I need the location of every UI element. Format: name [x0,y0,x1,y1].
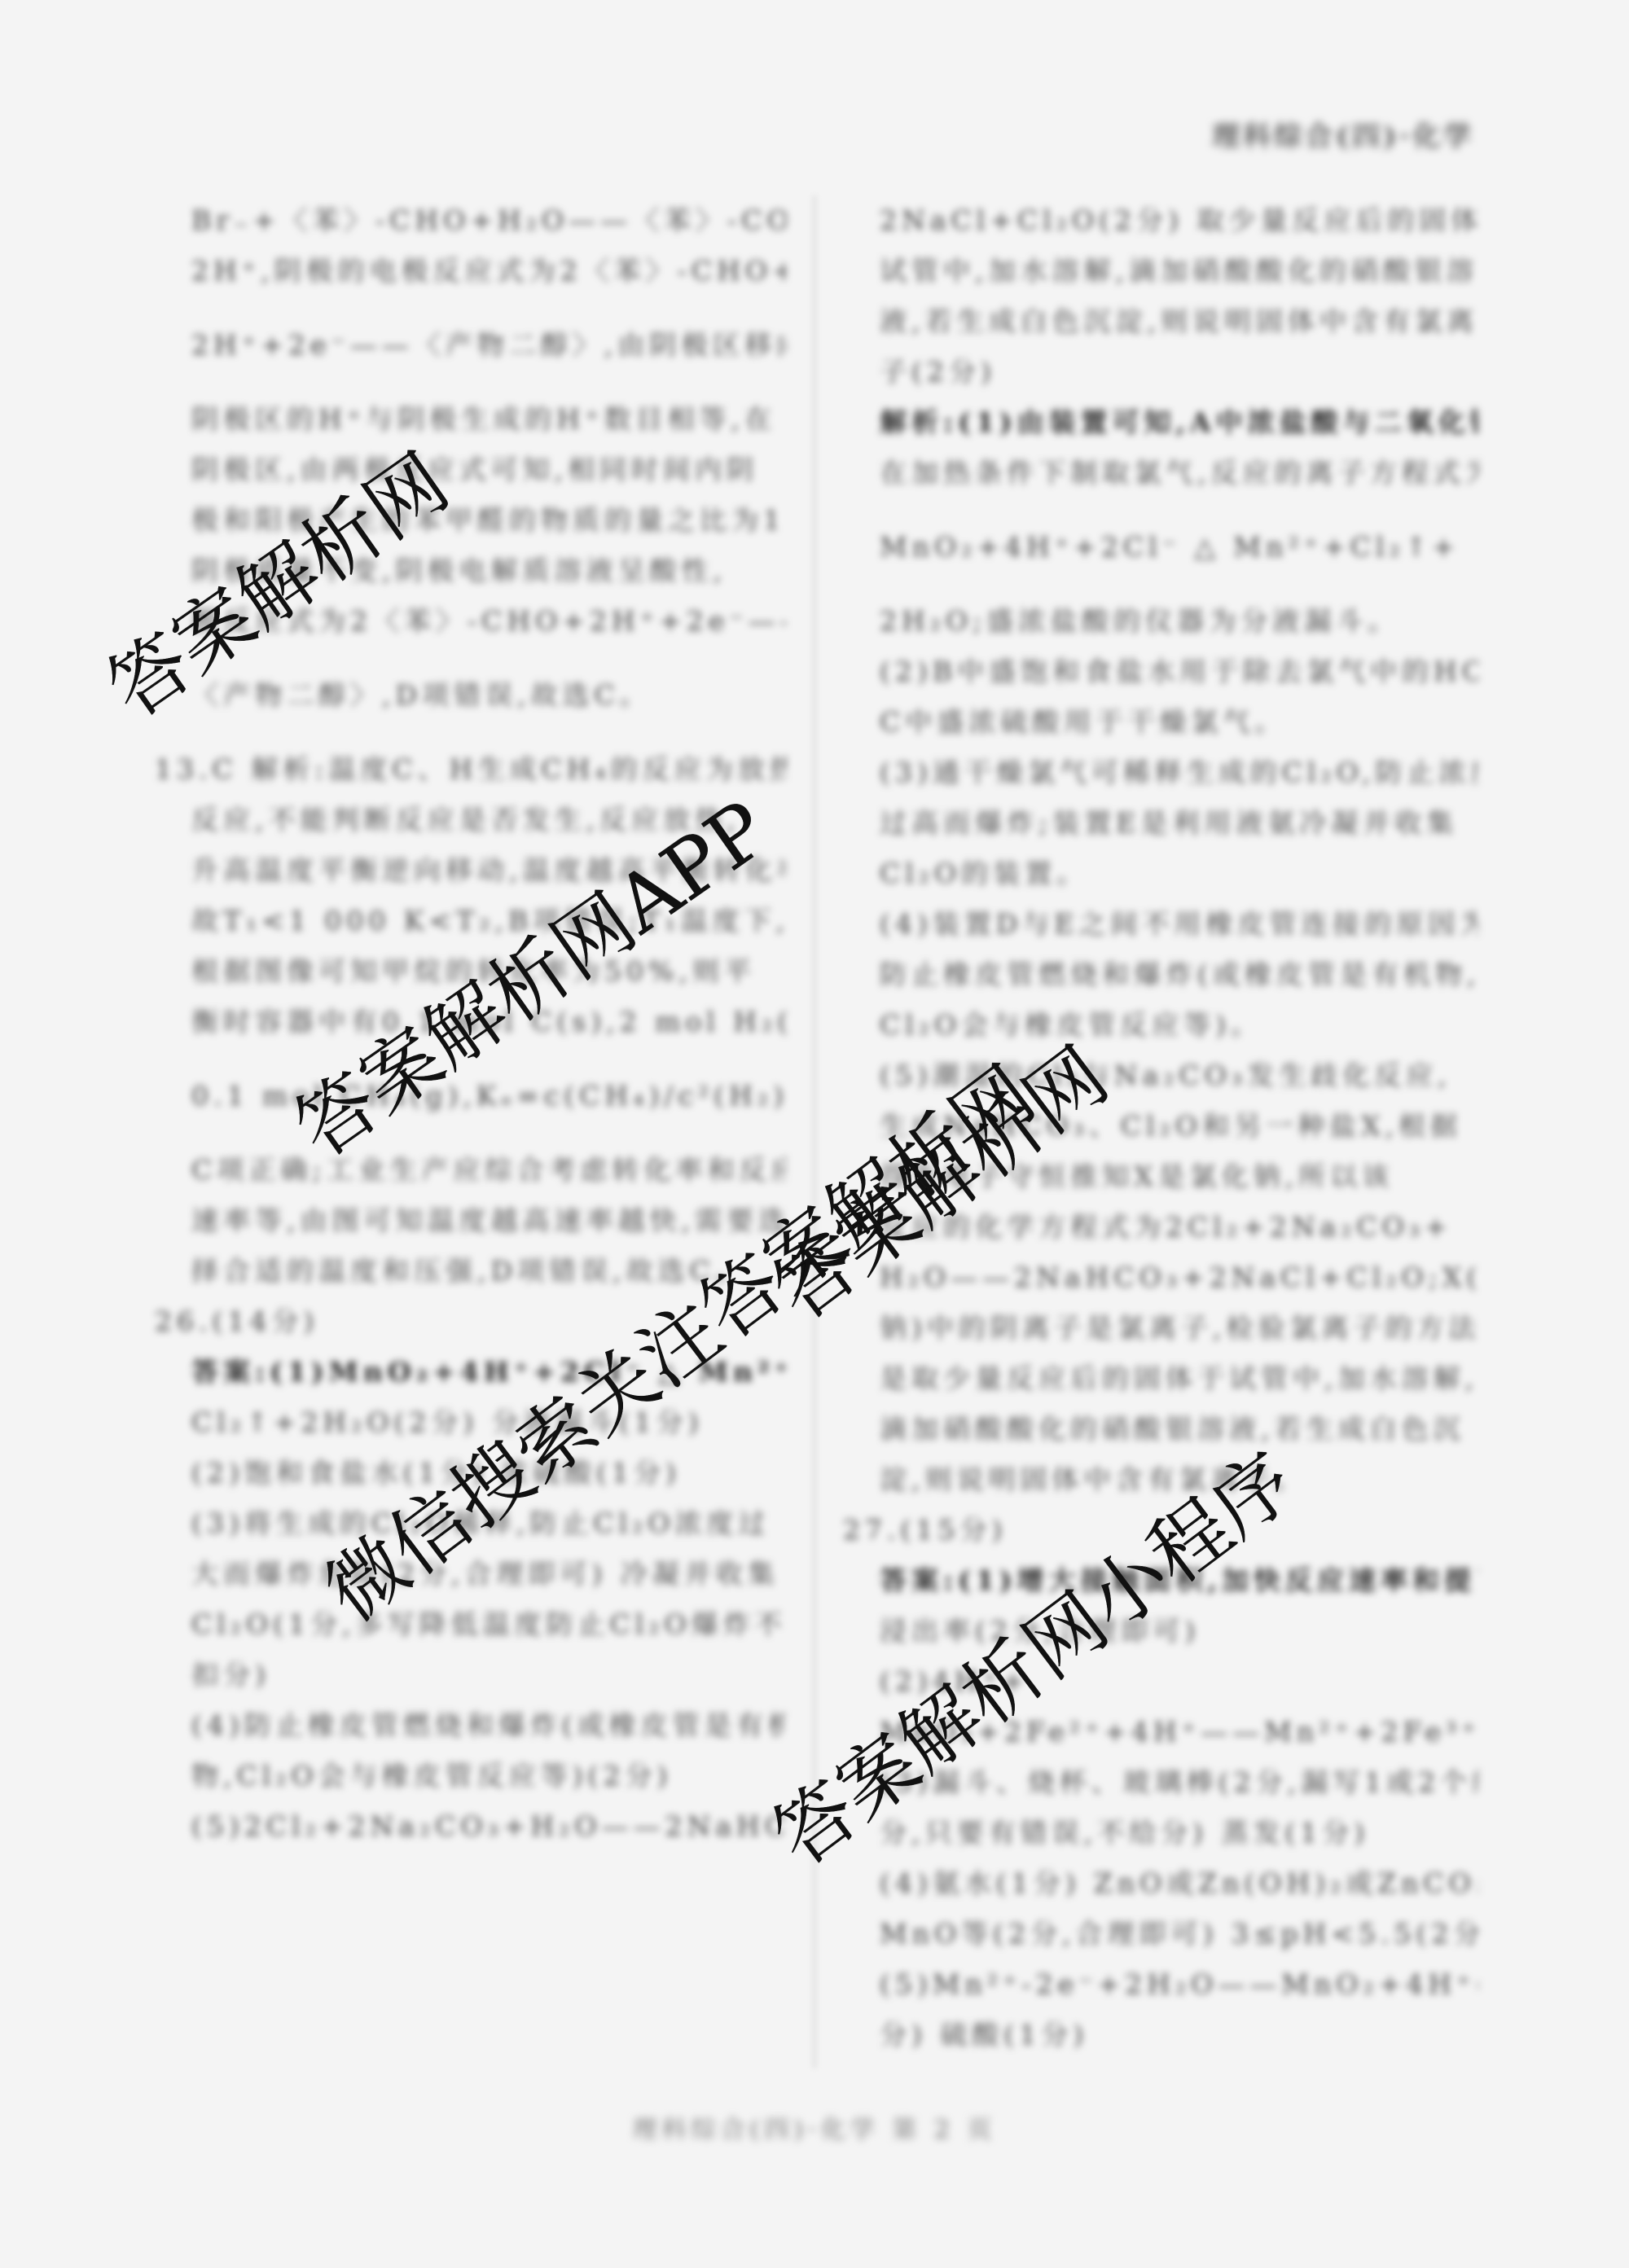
text-line: (2)B中盛饱和食盐水用于除去氯气中的HCl, [880,647,1478,697]
text-line: 是取少量反应后的固体于试管中,加水溶解, [880,1353,1478,1404]
text-line: 2NaCl+Cl₂O(2分) 取少量反应后的固体于 [880,195,1478,246]
text-line: Cl₂O的装置。 [880,849,1478,899]
text-line: 阴极区,由两极反应式可知,相同时间内阴 [191,445,786,495]
text-line: (5)Mn²⁺-2e⁻+2H₂O——MnO₂+4H⁺(2 [880,1959,1478,2010]
text-line: 试管中,加水溶解,滴加硝酸酸化的硝酸银溶 [880,246,1478,296]
page-footer: 理科综合(四)·化学 第 2 页 [0,2109,1629,2145]
page-header: 理科综合(四)·化学 [1212,114,1474,154]
text-line: 2H₂O;盛浓盐酸的仪器为分液漏斗。 [880,596,1478,647]
text-line: 防止橡皮管燃烧和爆炸(或橡皮管是有机物, [880,950,1478,1000]
text-line: 2H⁺+2e⁻——〈产物二醇〉,由阴极区移向 [191,296,786,394]
text-line: (5)2Cl₂+2Na₂CO₃+H₂O——2NaHCO₃+ [191,1801,786,1852]
text-line: 大而爆炸危险(2分,合理即可) 冷凝并收集 [191,1549,786,1599]
text-line: 钠)中的阴离子是氯离子,检验氯离子的方法 [880,1303,1478,1353]
text-line: C项正确;工业生产应综合考虑转化率和反应 [191,1145,786,1195]
text-line: 液,若生成白色沉淀,则说明固体中含有氯离 [880,296,1478,347]
text-line: Cl₂O会与橡皮管反应等)。 [880,1000,1478,1051]
text-line: (3)通干燥氯气可稀释生成的Cl₂O,防止浓度 [880,748,1478,798]
text-line: MnO等(2分,合理即可) 3≤pH<5.5(2分) [880,1909,1478,1959]
text-line: Cl₂O(1分,多写降低温度防止Cl₂O爆炸不 [191,1599,786,1650]
text-line: 子(2分) [880,347,1478,397]
text-line: 2H⁺,阴极的电极反应式为2〈苯〉-CHO+ [191,246,786,296]
text-line: (4)防止橡皮管燃烧和爆炸(或橡皮管是有机 [191,1700,786,1751]
text-line: 分) 硫酸(1分) [880,2010,1478,2060]
text-line: (4)氨水(1分) ZnO或Zn(OH)₂或ZnCO₃或 [880,1858,1478,1909]
question-13: 13.C 解析:温度C、H生成CH₄的反应为放热 [155,744,786,795]
text-line: 阴极区的H⁺与阴极生成的H⁺数目相等,在 [191,394,786,445]
reaction-equation: MnO₂+4H⁺+2Cl⁻ △ Mn²⁺+Cl₂↑+ [880,498,1478,596]
text-line: H₂O——2NaHCO₃+2NaCl+Cl₂O;X(氯化 [880,1252,1478,1303]
text-line: 分,只要有错误,不给分) 蒸发(1分) [880,1808,1478,1858]
analysis-line: 解析:(1)由装置可知,A中浓盐酸与二氧化锰 [880,397,1478,448]
text-line: 〈产物二醇〉,D项错误,故选C。 [191,647,786,744]
text-line: 速率等,由图可知温度越高速率越快,需要选择 [191,1195,786,1246]
text-line: 扣分) [191,1650,786,1700]
text-line: C中盛浓硫酸用于干燥氯气。 [880,697,1478,748]
text-line: (4)装置D与E之间不用橡皮管连接的原因为 [880,899,1478,950]
text-line: Br₋+〈苯〉-CHO+H₂O——〈苯〉-COOH+2Br⁻+ [191,195,786,246]
text-line: 滴加硝酸酸化的硝酸银溶液,若生成白色沉 [880,1404,1478,1454]
text-line: 过高而爆炸;装置E是利用液氨冷凝并收集 [880,798,1478,849]
text-line: 在加热条件下制取氯气,反应的离子方程式为 [880,448,1478,498]
text-line: 物,Cl₂O会与橡皮管反应等)(2分) [191,1751,786,1801]
